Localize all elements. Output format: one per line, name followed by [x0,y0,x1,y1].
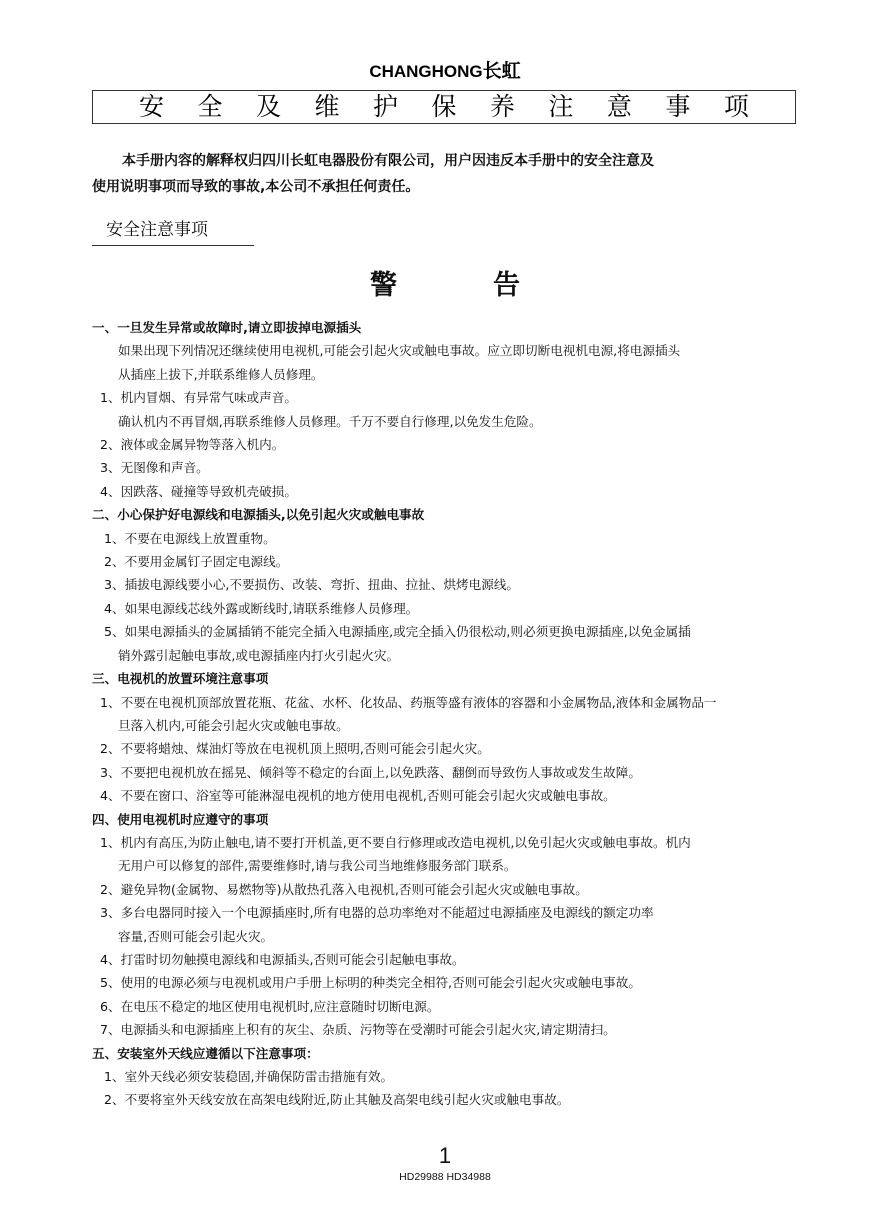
warning-char: 告 [493,266,520,306]
list-item: 5、使用的电源必须与电视机或用户手册上标明的种类完全相符,否则可能会引起火灾或触… [92,971,804,994]
list-item: 4、打雷时切勿触摸电源线和电源插头,否则可能会引起触电事故。 [92,948,804,971]
list-item: 2、液体或金属异物等落入机内。 [92,433,804,456]
title-char: 保 [431,92,456,122]
brand-latin: CHANGHONG [369,62,482,81]
list-item: 2、不要将蜡烛、煤油灯等放在电视机顶上照明,否则可能会引起火灾。 [92,737,804,760]
list-item: 3、不要把电视机放在摇晃、倾斜等不稳定的台面上,以免跌落、翻倒而导致伤人事故或发… [92,761,804,784]
model-numbers: HD29988 HD34988 [0,1170,890,1184]
list-item: 4、因跌落、碰撞等导致机壳破损。 [92,480,804,503]
list-item-continuation: 确认机内不再冒烟,再联系维修人员修理。千万不要自行修理,以免发生危险。 [92,410,804,433]
title-char: 全 [197,92,222,122]
section-3-heading: 三、电视机的放置环境注意事项 [92,667,804,690]
section-1-intro-line: 如果出现下列情况还继续使用电视机,可能会引起火灾或触电事故。应立即切断电视机电源… [92,339,804,362]
title-char: 及 [256,92,281,122]
page-title: 安 全 及 维 护 保 养 注 意 事 项 [92,90,796,124]
title-char: 事 [665,92,690,122]
title-char: 护 [373,92,398,122]
title-char: 项 [724,92,749,122]
safety-content: 一、一旦发生异常或故障时,请立即拔掉电源插头 如果出现下列情况还继续使用电视机,… [92,316,804,1112]
list-item: 6、在电压不稳定的地区使用电视机时,应注意随时切断电源。 [92,995,804,1018]
section-1-heading: 一、一旦发生异常或故障时,请立即拔掉电源插头 [92,316,804,339]
list-item: 3、无图像和声音。 [92,456,804,479]
list-item: 1、不要在电视机顶部放置花瓶、花盆、水杯、化妆品、药瓶等盛有液体的容器和小金属物… [92,691,804,714]
list-item: 4、如果电源线芯线外露或断线时,请联系维修人员修理。 [92,597,804,620]
title-char: 安 [139,92,164,122]
title-char: 意 [607,92,632,122]
title-char: 维 [314,92,339,122]
warning-char: 警 [370,266,397,306]
warning-title: 警告 [0,266,890,306]
manual-page: CHANGHONG长虹 安 全 及 维 护 保 养 注 意 事 项 本手册内容的… [0,0,890,1229]
list-item: 5、如果电源插头的金属插销不能完全插入电源插座,或完全插入仍很松动,则必须更换电… [92,620,804,643]
list-item-continuation: 旦落入机内,可能会引起火灾或触电事故。 [92,714,804,737]
list-item-continuation: 容量,否则可能会引起火灾。 [92,925,804,948]
section-1-intro-line: 从插座上拔下,并联系维修人员修理。 [92,363,804,386]
section-5-heading: 五、安装室外天线应遵循以下注意事项： [92,1042,804,1065]
list-item: 2、避免异物(金属物、易燃物等)从散热孔落入电视机,否则可能会引起火灾或触电事故… [92,878,804,901]
list-item: 1、机内有高压,为防止触电,请不要打开机盖,更不要自行修理或改造电视机,以免引起… [92,831,804,854]
brand-chinese: 长虹 [483,61,521,82]
disclaimer-line: 使用说明事项而导致的事故,本公司不承担任何责任。 [92,174,804,200]
list-item: 4、不要在窗口、浴室等可能淋湿电视机的地方使用电视机,否则可能会引起火灾或触电事… [92,784,804,807]
title-char: 注 [548,92,573,122]
list-item: 3、多台电器同时接入一个电源插座时,所有电器的总功率绝对不能超过电源插座及电源线… [92,901,804,924]
disclaimer-paragraph: 本手册内容的解释权归四川长虹电器股份有限公司，用户因违反本手册中的安全注意及 使… [92,148,804,200]
list-item: 1、室外天线必须安装稳固,并确保防雷击措施有效。 [92,1065,804,1088]
section-heading: 安全注意事项 [92,217,254,246]
page-number: 1 [0,1143,890,1169]
list-item: 1、不要在电源线上放置重物。 [92,527,804,550]
title-char: 养 [490,92,515,122]
brand-logo: CHANGHONG长虹 [0,56,890,83]
list-item: 3、插拔电源线要小心,不要损伤、改装、弯折、扭曲、拉扯、烘烤电源线。 [92,573,804,596]
disclaimer-line: 本手册内容的解释权归四川长虹电器股份有限公司，用户因违反本手册中的安全注意及 [92,148,804,174]
section-2-heading: 二、小心保护好电源线和电源插头,以免引起火灾或触电事故 [92,503,804,526]
section-4-heading: 四、使用电视机时应遵守的事项 [92,808,804,831]
list-item-continuation: 销外露引起触电事故,或电源插座内打火引起火灾。 [92,644,804,667]
list-item: 7、电源插头和电源插座上积有的灰尘、杂质、污物等在受潮时可能会引起火灾,请定期清… [92,1018,804,1041]
list-item: 2、不要将室外天线安放在高架电线附近,防止其触及高架电线引起火灾或触电事故。 [92,1088,804,1111]
list-item: 2、不要用金属钉子固定电源线。 [92,550,804,573]
list-item-continuation: 无用户可以修复的部件,需要维修时,请与我公司当地维修服务部门联系。 [92,854,804,877]
list-item: 1、机内冒烟、有异常气味或声音。 [92,386,804,409]
